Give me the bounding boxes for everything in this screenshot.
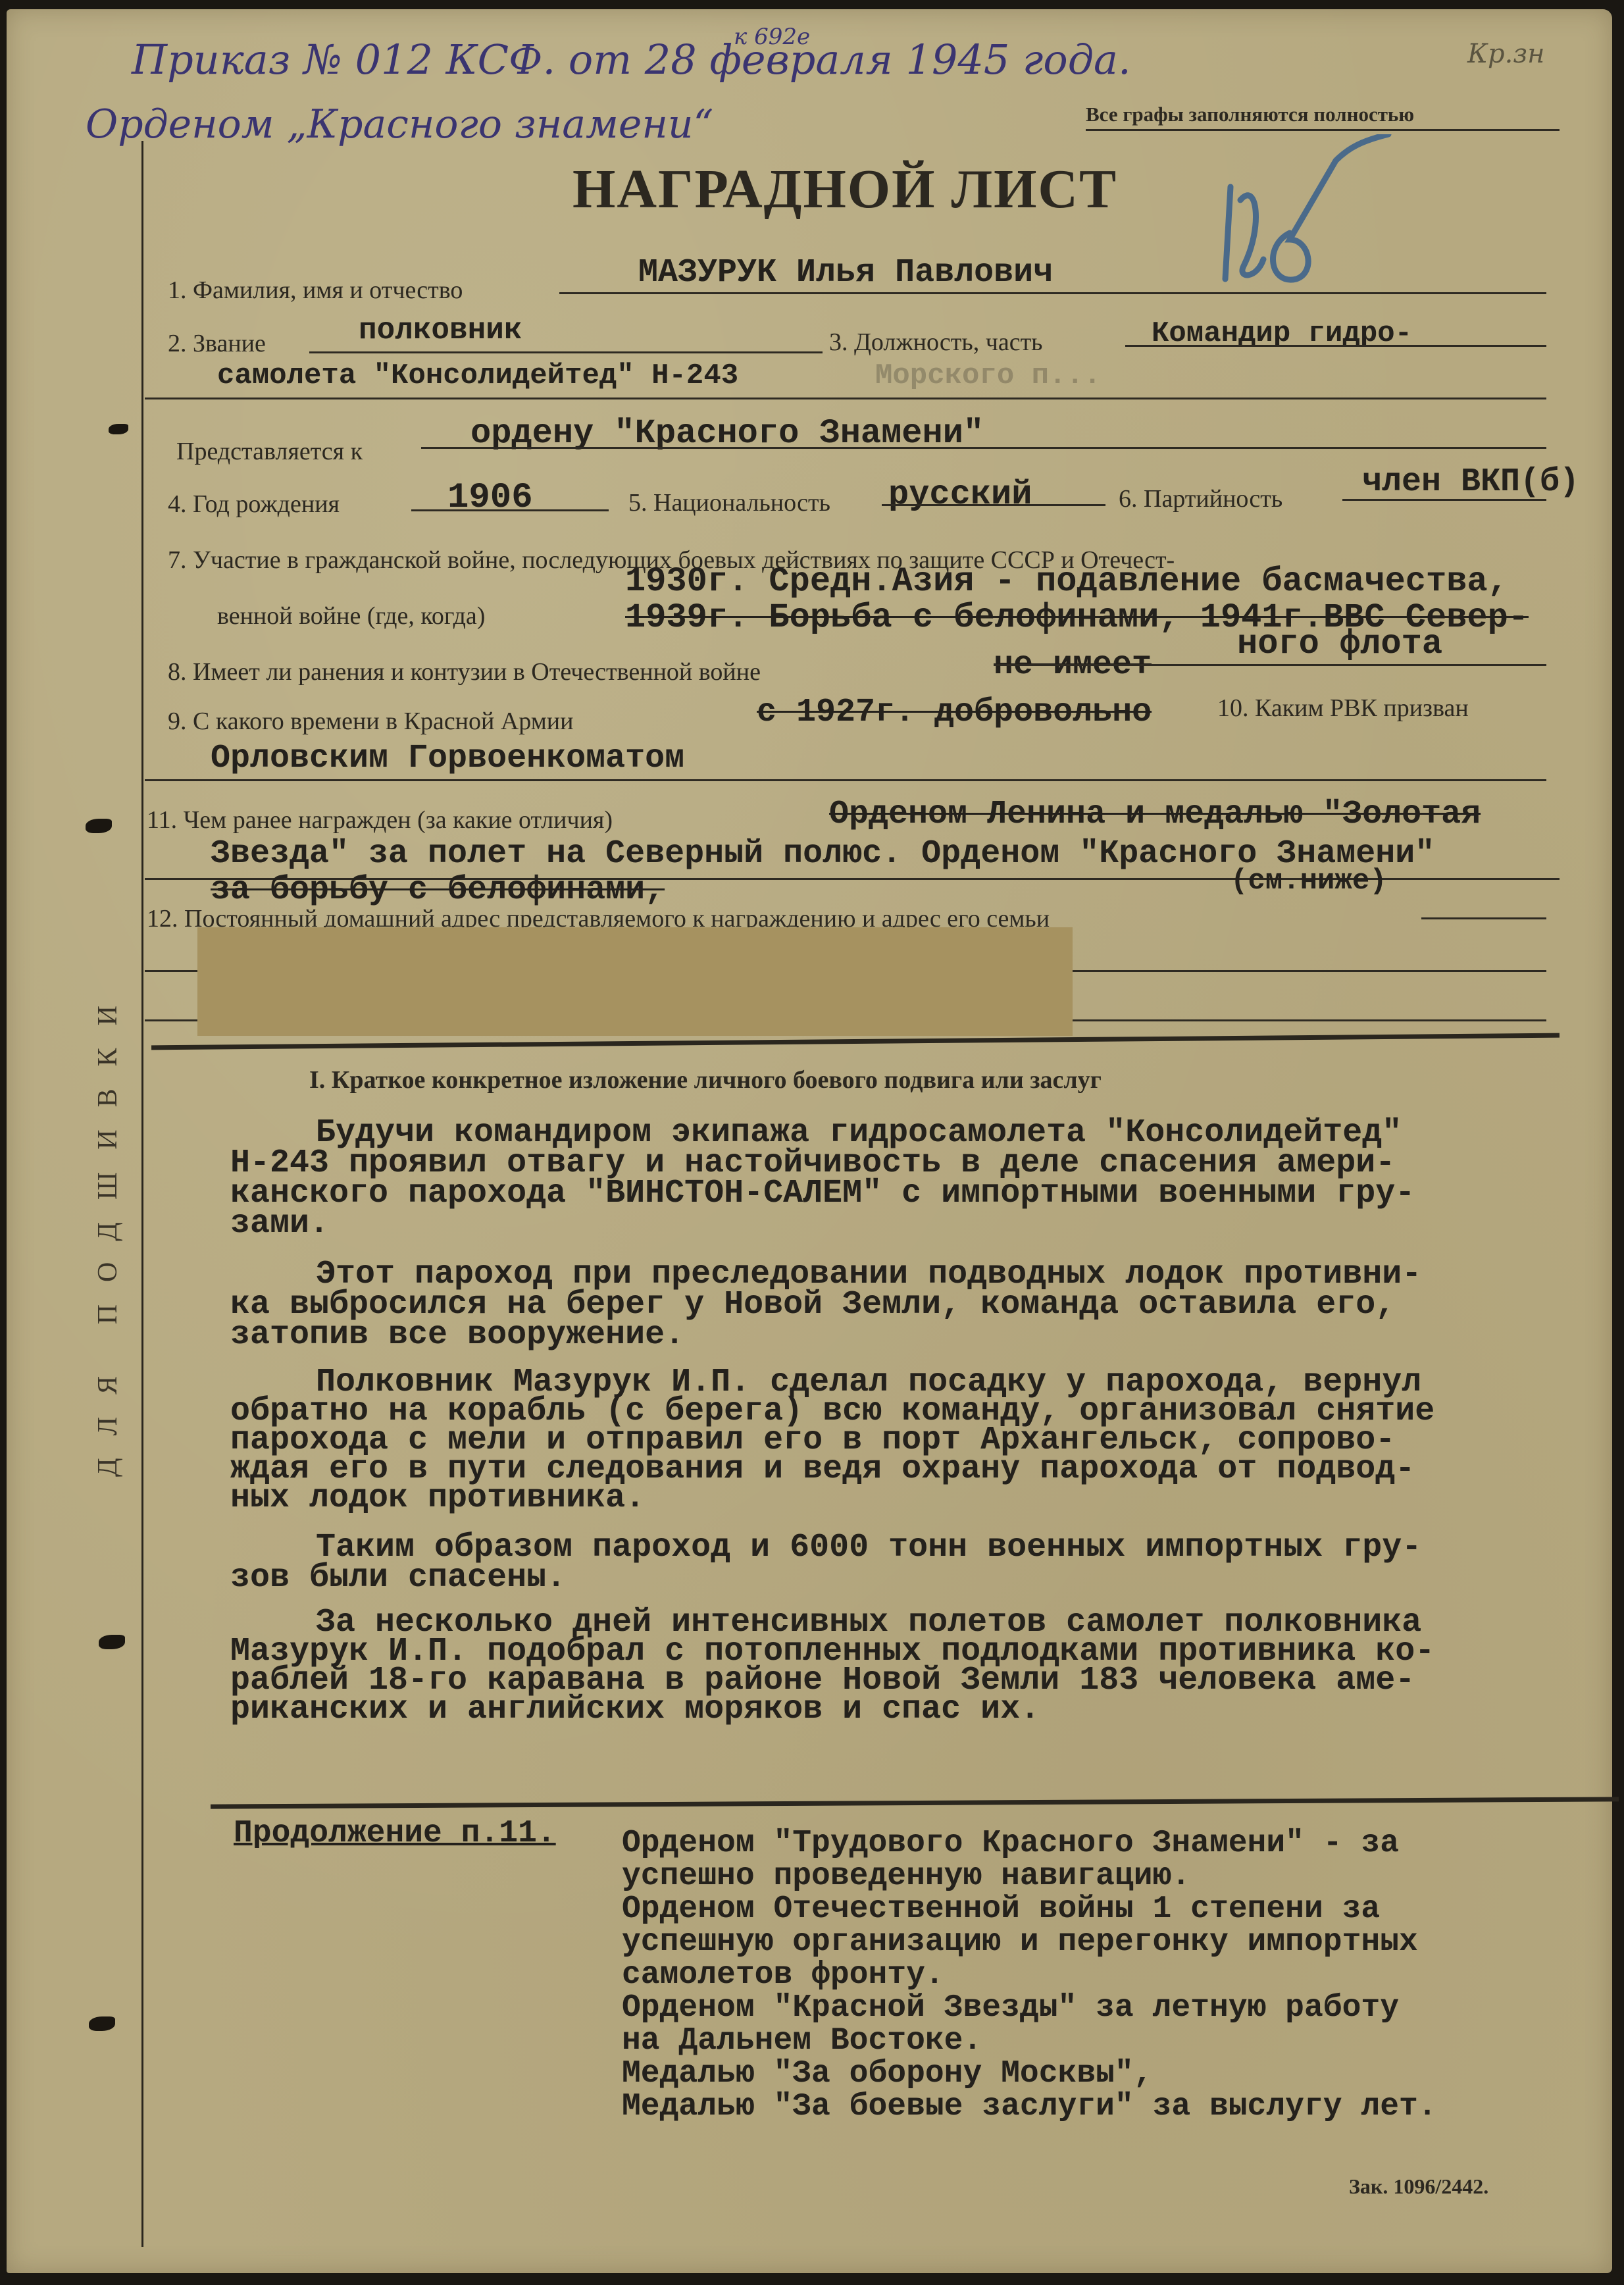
- continuation-line: на Дальнем Востоке.: [622, 2024, 1437, 2057]
- page-title: НАГРАДНОЙ ЛИСТ: [572, 157, 1117, 221]
- section-1-heading: I. Краткое конкретное изложение личного …: [309, 1065, 1102, 1094]
- binding-label: ДЛЯ ПОДШИВКИ: [92, 983, 124, 1477]
- field-7-value-line1: 1930г. Средн.Азия - подавление басмачест…: [625, 562, 1508, 601]
- handwritten-order: Приказ № 012 КСФ. от 28 февраля 1945 год…: [132, 36, 1131, 84]
- field-1-line: [559, 292, 1546, 294]
- continuation-line: Орденом "Красной Звезды" за летную работ…: [622, 1991, 1437, 2024]
- section-divider-bottom: [211, 1797, 1619, 1809]
- field-4-line: [411, 509, 609, 511]
- field-6-label: 6. Партийность: [1119, 484, 1282, 513]
- notice-underline: [1086, 129, 1560, 131]
- section-1-paragraph: Этот пароход при преследовании подводных…: [230, 1260, 1421, 1350]
- section-1-paragraph: Полковник Мазурук И.П. сделал посадку у …: [230, 1368, 1434, 1513]
- field-8-line: [994, 664, 1546, 666]
- print-order-number: Зак. 1096/2442.: [1349, 2174, 1488, 2199]
- binding-hole: [86, 819, 112, 833]
- binding-hole: [89, 2016, 115, 2031]
- continuation-line: успешную организацию и перегонку импортн…: [622, 1926, 1437, 1959]
- field-3-line: [1125, 345, 1546, 347]
- continuation-line: успешно проведенную навигацию.: [622, 1860, 1437, 1893]
- field-2-rank-value: полковник: [359, 313, 522, 347]
- field-3-continuation-line: [145, 398, 1546, 399]
- blue-pencil-number-mark: [1217, 134, 1454, 292]
- field-11-label: 11. Чем ранее награжден (за какие отличи…: [147, 806, 613, 834]
- field-6-line: [1342, 499, 1546, 501]
- field-4-label: 4. Год рождения: [168, 490, 340, 519]
- continuation-line: Медалью "За оборону Москвы",: [622, 2057, 1437, 2090]
- fill-all-fields-notice: Все графы заполняются полностью: [1086, 103, 1414, 126]
- field-7-label-line2: венной войне (где, когда): [217, 602, 485, 630]
- award-sheet-page: Приказ № 012 КСФ. от 28 февраля 1945 год…: [7, 9, 1612, 2273]
- continuation-line: Орденом "Трудового Красного Знамени" - з…: [622, 1827, 1437, 1860]
- handwritten-award: Орденом „Красного знамени“: [86, 101, 713, 147]
- field-11-value-line1: Орденом Ленина и медалью "Золотая: [829, 796, 1481, 833]
- continuation-label: Продолжение п.11.: [234, 1816, 556, 1851]
- field-5-label: 5. Национальность: [628, 488, 830, 517]
- section-1-paragraph: Будучи командиром экипажа гидросамолета …: [230, 1118, 1415, 1239]
- corner-pencil-note: Кр.зн: [1467, 39, 1544, 69]
- field-7-value-line3: ного флота: [1237, 625, 1442, 663]
- section-1-paragraph: За несколько дней интенсивных полетов са…: [230, 1608, 1434, 1724]
- continuation-line: самолетов фронту.: [622, 1959, 1437, 1991]
- field-5-line: [882, 504, 1105, 506]
- presented-line: [421, 447, 1546, 449]
- field-5-nationality-value: русский: [888, 475, 1032, 514]
- field-3-faded-text: Морского п...: [875, 359, 1101, 392]
- presented-for-label: Представляется к: [176, 437, 363, 466]
- continuation-line: Медалью "За боевые заслуги" за выслугу л…: [622, 2090, 1437, 2123]
- field-8-label: 8. Имеет ли ранения и контузии в Отечест…: [168, 657, 761, 686]
- handwritten-order-superscript: к 692е: [734, 24, 810, 50]
- field-10-line: [145, 779, 1546, 781]
- field-4-birth-year-value: 1906: [447, 478, 533, 518]
- field-10-enlistment-office-value: Орловским Горвоенкоматом: [211, 740, 684, 777]
- field-9-label: 9. С какого времени в Красной Армии: [168, 707, 573, 736]
- field-1-label: 1. Фамилия, имя и отчество: [168, 276, 463, 305]
- field-6-party-value: член ВКП(б): [1362, 463, 1579, 501]
- binding-hole: [109, 424, 128, 434]
- field-3-label: 3. Должность, часть: [829, 328, 1043, 357]
- field-2-label: 2. Звание: [168, 329, 266, 358]
- field-1-name-value: МАЗУРУК Илья Павлович: [638, 254, 1053, 292]
- field-3-position-continued: самолета "Консолидейтед" Н-243: [217, 359, 738, 392]
- binding-hole: [99, 1635, 125, 1649]
- redacted-address-block: [197, 927, 1073, 1036]
- field-12-line: [1421, 917, 1546, 919]
- continuation-line: Орденом Отечественной войны 1 степени за: [622, 1893, 1437, 1926]
- field-2-line: [309, 351, 823, 353]
- section-1-paragraph: Таким образом пароход и 6000 тонн военны…: [230, 1533, 1421, 1593]
- field-11-see-below-note: (см.ниже): [1231, 865, 1387, 898]
- field-10-label: 10. Каким РВК призван: [1217, 694, 1469, 723]
- field-11-value-line3: за борьбу с белофинами,: [211, 871, 665, 909]
- binding-margin-line: [141, 141, 143, 2247]
- continuation-awards-list: Орденом "Трудового Красного Знамени" - з…: [622, 1827, 1437, 2123]
- field-9-service-since-value: с 1927г. добровольно: [757, 694, 1152, 731]
